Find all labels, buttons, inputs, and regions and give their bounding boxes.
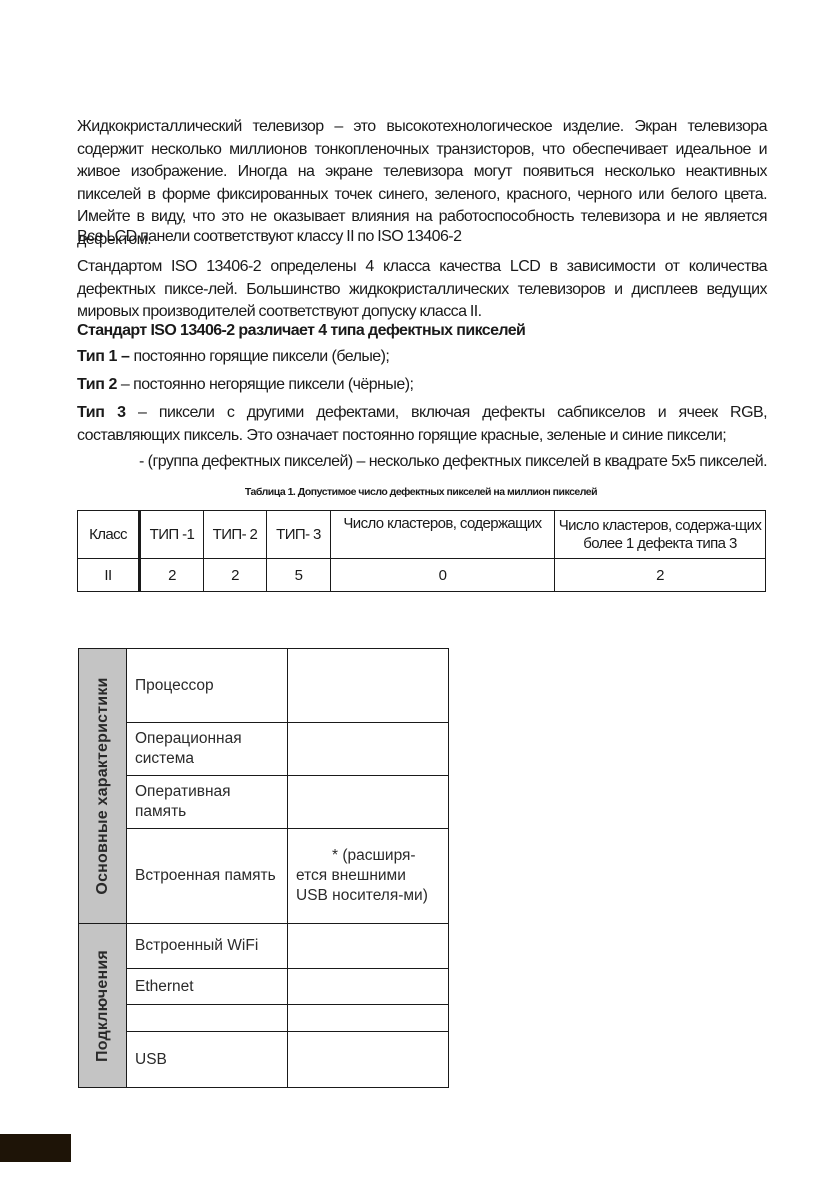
spec-label-ethernet: Ethernet (127, 969, 288, 1005)
defect-type-2-text: – постоянно негорящие пиксели (чёрные); (121, 376, 413, 393)
spec-value-usb (288, 1032, 449, 1088)
cell-class: II (78, 559, 140, 592)
cluster-note: - (группа дефектных пикселей) – нескольк… (139, 451, 769, 474)
cell-type1: 2 (140, 559, 204, 592)
spec-group-connections: Подключения (79, 924, 127, 1088)
spec-row: Подключения Встроенный WiFi (79, 924, 449, 969)
spec-group-main-title: Основные характеристики (93, 677, 113, 894)
cell-clusters-type3: 2 (555, 559, 766, 592)
header-type2: ТИП- 2 (204, 511, 267, 559)
spec-value-storage: * (расширя-ется внешними USB носителя-ми… (288, 829, 449, 924)
spec-label-wifi: Встроенный WiFi (127, 924, 288, 969)
spec-group-connections-title: Подключения (93, 950, 113, 1062)
spec-label-usb: USB (127, 1032, 288, 1088)
spec-label-empty (127, 1005, 288, 1032)
spec-label-os: Операционная система (127, 723, 288, 776)
defect-type-3-text: – пиксели с другими дефектами, включая д… (77, 404, 767, 444)
spec-row: Основные характеристики Процессор (79, 649, 449, 723)
table-row: II 2 2 5 0 2 (78, 559, 766, 592)
spec-row: USB (79, 1032, 449, 1088)
spec-value-empty (288, 1005, 449, 1032)
spec-row: Встроенная память * (расширя-ется внешни… (79, 829, 449, 924)
spec-label-storage: Встроенная память (127, 829, 288, 924)
spec-group-main: Основные характеристики (79, 649, 127, 924)
defect-pixels-table: Класс ТИП -1 ТИП- 2 ТИП- 3 Число кластер… (77, 510, 766, 592)
spec-value-os (288, 723, 449, 776)
spec-row: Операционная система (79, 723, 449, 776)
spec-value-ram (288, 776, 449, 829)
spec-label-processor: Процессор (127, 649, 288, 723)
header-type3: ТИП- 3 (267, 511, 331, 559)
cell-type2: 2 (204, 559, 267, 592)
cell-clusters: 0 (331, 559, 555, 592)
defect-types-heading: Стандарт ISO 13406-2 различает 4 типа де… (77, 320, 525, 342)
defect-type-2: Тип 2 – постоянно негорящие пиксели (чёр… (77, 374, 767, 397)
defect-type-3-label: Тип 3 (77, 404, 126, 421)
header-type1: ТИП -1 (140, 511, 204, 559)
defect-type-3: Тип 3 – пиксели с другими дефектами, вкл… (77, 402, 767, 447)
table1-caption: Таблица 1. Допустимое число дефектных пи… (77, 486, 765, 498)
spec-value-storage-text: * (расширя-ется внешними USB носителя-ми… (296, 847, 428, 904)
intro-paragraph-3: Стандартом ISO 13406-2 определены 4 клас… (77, 256, 767, 324)
spec-value-wifi (288, 924, 449, 969)
defect-type-1-label: Тип 1 – (77, 348, 130, 365)
spec-row: Ethernet (79, 969, 449, 1005)
spec-label-ram: Оперативная память (127, 776, 288, 829)
cell-type3: 5 (267, 559, 331, 592)
specifications-table: Основные характеристики Процессор Операц… (78, 648, 449, 1088)
intro-paragraph-2: Все LCD панели соответствуют классу II п… (77, 226, 767, 249)
header-class: Класс (78, 511, 140, 559)
page-footer-marker (0, 1134, 71, 1162)
header-clusters-type3: Число кластеров, содержа-щих более 1 деф… (555, 511, 766, 559)
header-clusters: Число кластеров, содержащих (331, 511, 555, 559)
defect-type-1-text: постоянно горящие пиксели (белые); (133, 348, 389, 365)
defect-type-1: Тип 1 – постоянно горящие пиксели (белые… (77, 346, 767, 369)
spec-value-processor (288, 649, 449, 723)
spec-row (79, 1005, 449, 1032)
spec-row: Оперативная память (79, 776, 449, 829)
spec-value-ethernet (288, 969, 449, 1005)
table1-header-row: Класс ТИП -1 ТИП- 2 ТИП- 3 Число кластер… (78, 511, 766, 559)
defect-type-2-label: Тип 2 (77, 376, 117, 393)
